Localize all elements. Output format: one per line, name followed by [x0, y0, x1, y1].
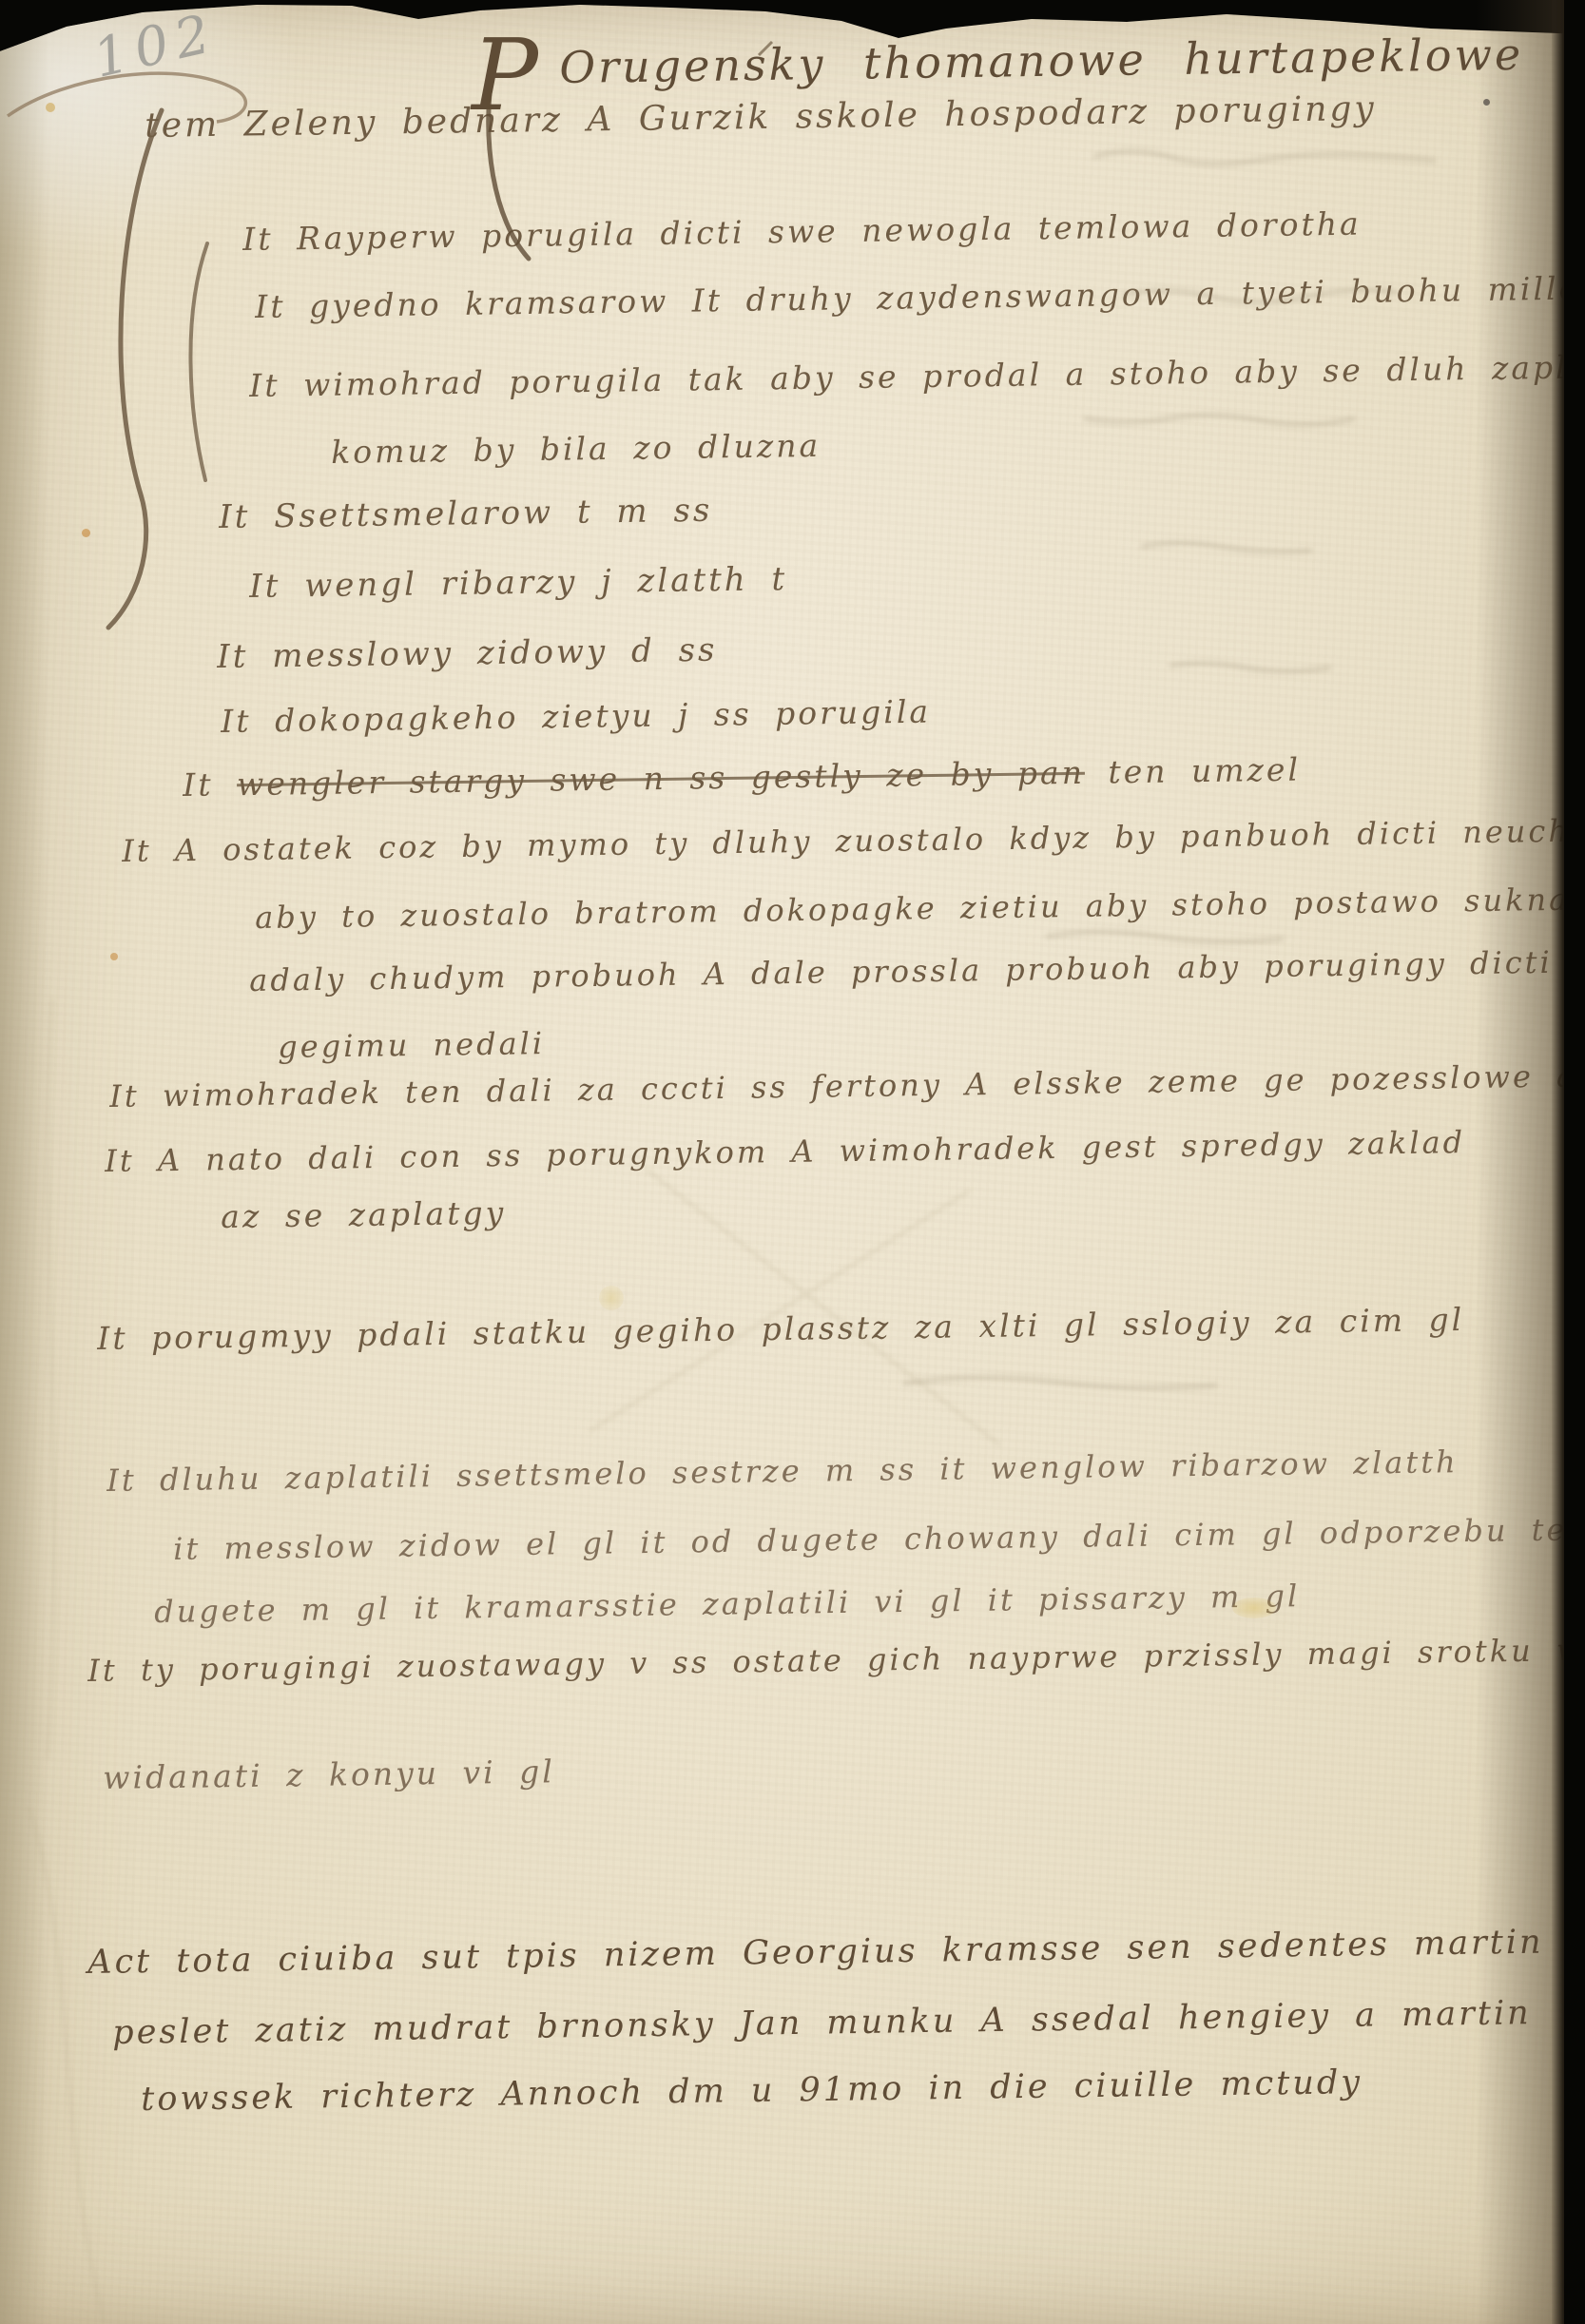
stain-spot [110, 953, 118, 960]
margin-flourish [190, 243, 207, 480]
manuscript-page: 102 P Orugensky thomanowe hurtapeklowe t… [0, 0, 1585, 2324]
manuscript-line: widanati z konyu vi gl [103, 1753, 555, 1796]
manuscript-line: It A ostatek coz by mymo ty dluhy zuosta… [122, 811, 1585, 868]
manuscript-line: It wengl ribarzy j zlatth t [249, 560, 787, 606]
manuscript-line: az se zaplatgy [221, 1194, 506, 1235]
stain-smudge [1232, 1598, 1276, 1618]
manuscript-line: It Rayperw porugila dicti swe newogla te… [242, 205, 1362, 258]
struck-line-suffix: ten umzel [1085, 751, 1302, 791]
manuscript-line: gegimu nedali [278, 1025, 545, 1065]
manuscript-line: It porugmyy pdali statku gegiho plasstz … [97, 1301, 1464, 1357]
manuscript-line: It Ssettsmelarow t m ss [219, 492, 713, 536]
struck-line-text: wengler stargy swe n ss gestly ze by pan [237, 754, 1085, 803]
manuscript-line: peslet zatiz mudrat brnonsky Jan munku A… [112, 1994, 1532, 2052]
manuscript-line: It wimohrad porugila tak aby se prodal a… [249, 348, 1585, 404]
manuscript-line: It messlowy zidowy d ss [217, 631, 718, 676]
stain-spot [82, 529, 90, 537]
manuscript-line: It gyedno kramsarow It druhy zaydenswang… [255, 269, 1585, 325]
manuscript-line: It dokopagkeho zietyu j ss porugila [221, 693, 931, 740]
manuscript-line: It wimohradek ten dali za cccti ss ferto… [109, 1057, 1577, 1114]
manuscript-line: tem Zeleny bednarz A Gurzik sskole hospo… [145, 89, 1377, 145]
scan-background-strip [1564, 0, 1585, 2324]
manuscript-line-struck: It wengler stargy swe n ss gestly ze by … [183, 751, 1301, 804]
manuscript-line: adaly chudym probuoh A dale prossla prob… [249, 942, 1585, 998]
manuscript-line: aby to zuostalo bratrom dokopagke zietiu… [255, 880, 1585, 936]
heading-text: Orugensky thomanowe hurtapeklowe [559, 29, 1523, 93]
stain-smudge [599, 1286, 624, 1310]
struck-line-prefix: It [183, 765, 237, 804]
manuscript-line: It A nato dali con ss porugnykom A wimoh… [105, 1124, 1465, 1179]
manuscript-line: It dluhu zaplatili ssettsmelo sestrze m … [106, 1443, 1459, 1499]
manuscript-line: dugete m gl it kramarsstie zaplatili vi … [154, 1578, 1300, 1630]
manuscript-line: towssek richterz Annoch dm u 91mo in die… [141, 2063, 1363, 2119]
paper-left-edge [0, 0, 68, 2324]
stain-spot [46, 103, 55, 112]
manuscript-scan: 102 P Orugensky thomanowe hurtapeklowe t… [0, 0, 1585, 2324]
manuscript-line: It ty porugingi zuostawagy v ss ostate g… [87, 1631, 1585, 1689]
gutter-shadow [1476, 0, 1563, 2324]
manuscript-line: komuz by bila zo dluzna [331, 427, 821, 471]
manuscript-line: Act tota ciuiba sut tpis nizem Georgius … [87, 1924, 1544, 1982]
manuscript-line: it messlow zidow el gl it od dugete chow… [173, 1511, 1585, 1567]
